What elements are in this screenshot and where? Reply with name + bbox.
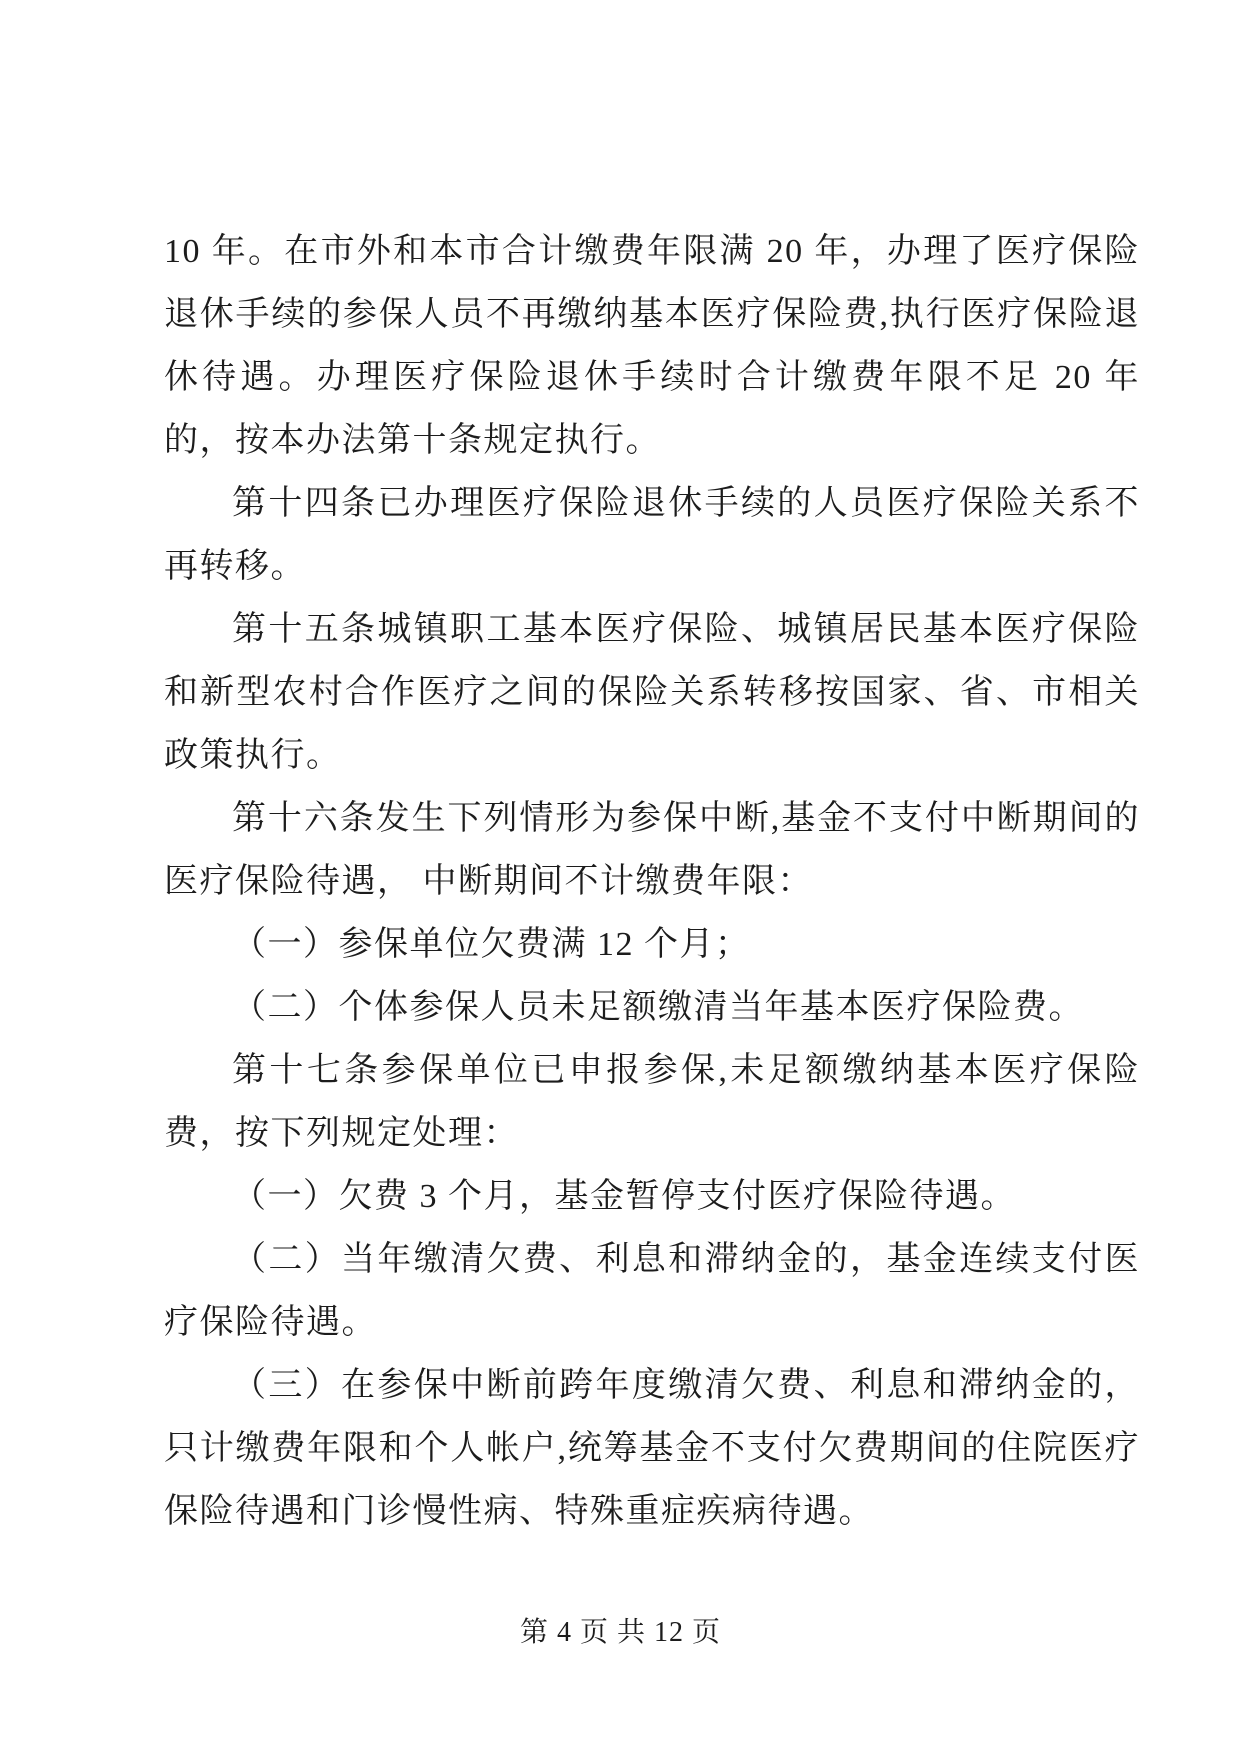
body-paragraph: 第十五条城镇职工基本医疗保险、城镇居民基本医疗保险和新型农村合作医疗之间的保险关… bbox=[164, 598, 1140, 787]
body-paragraph: 第十四条已办理医疗保险退休手续的人员医疗保险关系不再转移。 bbox=[164, 472, 1140, 598]
body-paragraph: （二）个体参保人员未足额缴清当年基本医疗保险费。 bbox=[164, 976, 1140, 1039]
page-number-footer: 第 4 页 共 12 页 bbox=[0, 1612, 1241, 1654]
body-paragraph: （二）当年缴清欠费、利息和滞纳金的，基金连续支付医疗保险待遇。 bbox=[164, 1228, 1140, 1354]
document-page: 10 年。在市外和本市合计缴费年限满 20 年，办理了医疗保险退休手续的参保人员… bbox=[0, 0, 1241, 1754]
body-paragraph: 第十七条参保单位已申报参保,未足额缴纳基本医疗保险费，按下列规定处理： bbox=[164, 1039, 1140, 1165]
body-paragraph: 第十六条发生下列情形为参保中断,基金不支付中断期间的医疗保险待遇， 中断期间不计… bbox=[164, 787, 1140, 913]
document-body: 10 年。在市外和本市合计缴费年限满 20 年，办理了医疗保险退休手续的参保人员… bbox=[164, 220, 1140, 1543]
body-paragraph: （三）在参保中断前跨年度缴清欠费、利息和滞纳金的，只计缴费年限和个人帐户,统筹基… bbox=[164, 1354, 1140, 1543]
body-paragraph: （一）参保单位欠费满 12 个月； bbox=[164, 913, 1140, 976]
body-paragraph: （一）欠费 3 个月，基金暂停支付医疗保险待遇。 bbox=[164, 1165, 1140, 1228]
body-paragraph: 10 年。在市外和本市合计缴费年限满 20 年，办理了医疗保险退休手续的参保人员… bbox=[164, 220, 1140, 472]
